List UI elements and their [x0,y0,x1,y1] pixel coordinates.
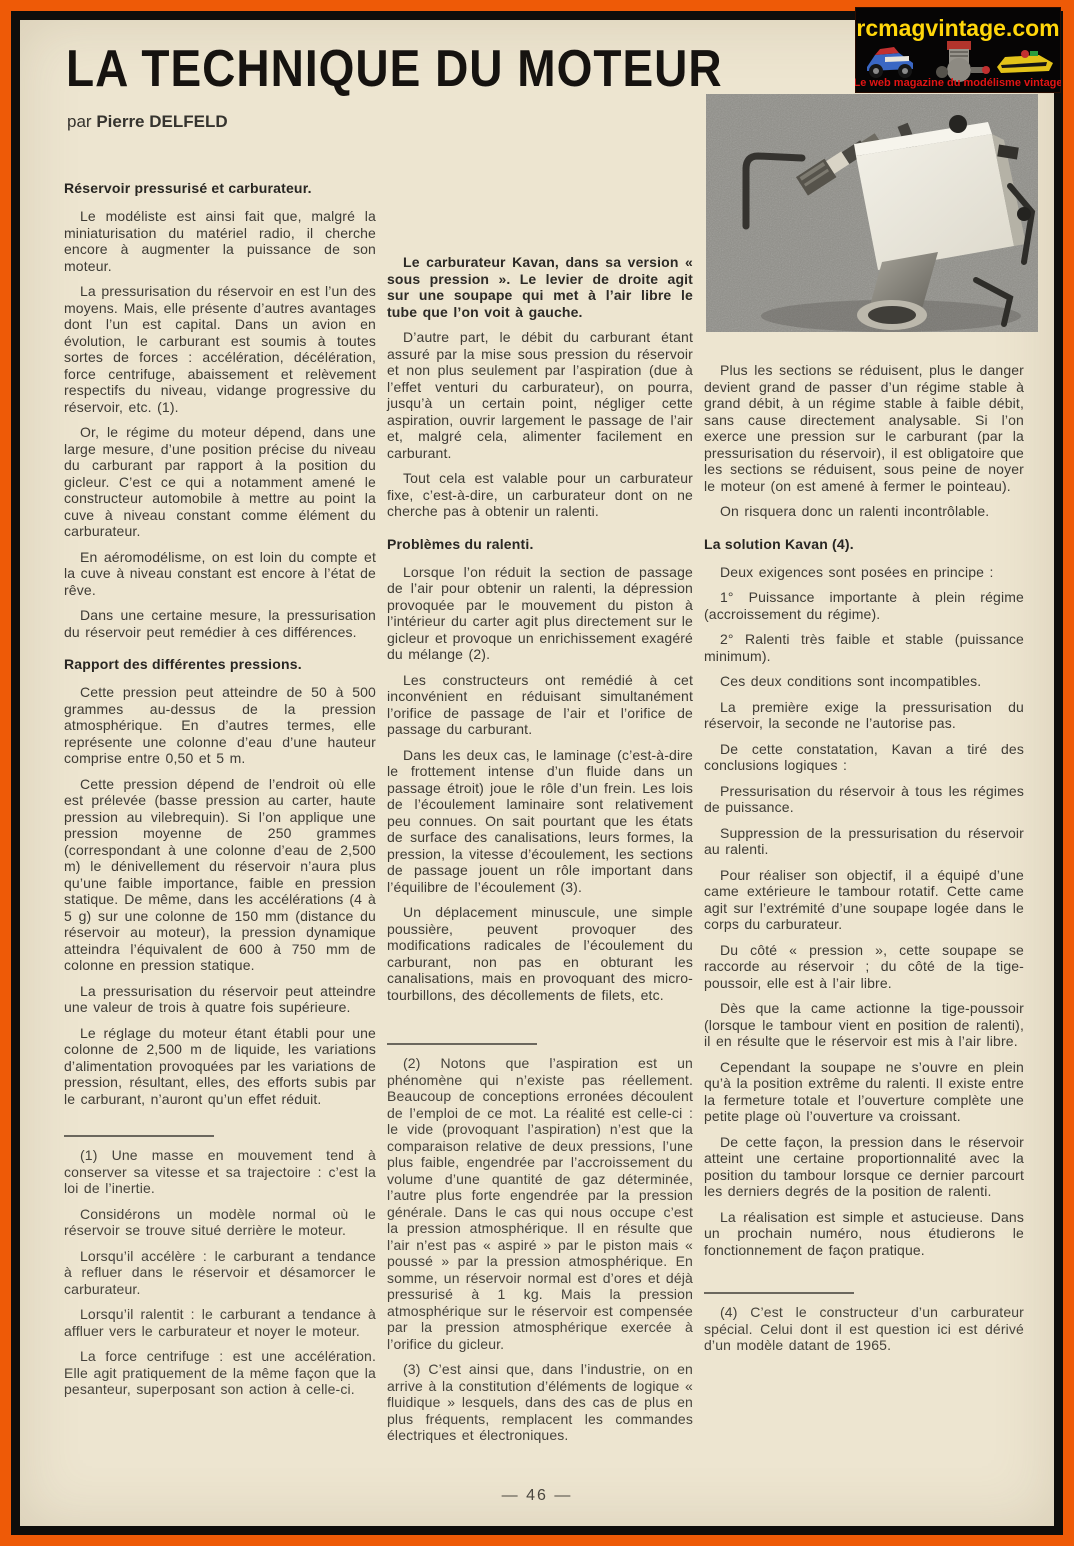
byline-prefix: par [67,112,92,131]
footnote-rule [387,1043,537,1045]
paragraph: Dès que la came actionne la tige-poussoi… [704,1000,1024,1050]
footnote: (2) Notons que l’aspiration est un phéno… [387,1055,693,1352]
paragraph: La première exige la pressurisation du r… [704,699,1024,732]
article-title: LA TECHNIQUE DU MOTEUR [66,38,723,98]
paragraph: Deux exigences sont posées en principe : [704,564,1024,581]
magazine-page: LA TECHNIQUE DU MOTEUR par Pierre DELFEL… [0,0,1074,1546]
paragraph: Lorsque l’on réduit la section de passag… [387,564,693,663]
top-screw [949,115,967,133]
section-heading-kavan: La solution Kavan (4). [704,536,1024,553]
site-logo: rcmagvintage.com [855,7,1061,93]
paragraph: La pressurisation du réservoir en est l’… [64,283,376,415]
byline: par Pierre DELFELD [67,112,228,132]
venturi-bore [868,306,916,324]
carburetor-photo-art [706,94,1038,332]
paragraph: Cette pression dépend de l’endroit où el… [64,776,376,974]
paragraph: Ces deux conditions sont incompatibles. [704,673,1024,690]
paragraph: Un déplacement minuscule, une simple pou… [387,904,693,1003]
section-heading-pressions: Rapport des différentes pressions. [64,656,376,673]
carburetor-photo [706,94,1038,332]
paragraph: 1° Puissance importante à plein régime (… [704,589,1024,622]
paragraph: En aéromodélisme, on est loin du compte … [64,549,376,599]
footnote: Lorsqu’il ralentit : le carburant a tend… [64,1306,376,1339]
section-heading-reservoir: Réservoir pressurisé et carburateur. [64,180,376,197]
paragraph: Or, le régime du moteur dépend, dans une… [64,424,376,540]
lever-screw [1017,207,1031,221]
section-heading-ralenti: Problèmes du ralenti. [387,536,693,553]
paragraph: Pressurisation du réservoir à tous les r… [704,783,1024,816]
footnote: Lorsqu’il accélère : le carburant a tend… [64,1248,376,1298]
paragraph: La réalisation est simple et astucieuse.… [704,1209,1024,1259]
paragraph: Cette pression peut atteindre de 50 à 50… [64,684,376,767]
paragraph: 2° Ralenti très faible et stable (puissa… [704,631,1024,664]
footnote-rule [64,1135,214,1137]
paragraph: La pressurisation du réservoir peut atte… [64,983,376,1016]
photo-caption: Le carburateur Kavan, dans sa version « … [387,254,693,320]
footnote: (1) Une masse en mouvement tend à conser… [64,1147,376,1197]
site-logo-art: rcmagvintage.com [855,7,1061,93]
logo-tagline: Le web magazine du modélisme vintage [855,77,1061,89]
paragraph: Plus les sections se réduisent, plus le … [704,362,1024,494]
footnote: Considérons un modèle normal où le réser… [64,1206,376,1239]
paragraph: Dans une certaine mesure, la pressurisat… [64,607,376,640]
footnote: (4) C’est le constructeur d’un carburate… [704,1304,1024,1354]
paragraph: Du côté « pression », cette soupape se r… [704,942,1024,992]
paragraph: Suppression de la pressurisation du rése… [704,825,1024,858]
paragraph: Cependant la soupape ne s’ouvre en plein… [704,1059,1024,1125]
paragraph: D’autre part, le débit du carburant étan… [387,329,693,461]
author-name: Pierre DELFELD [96,112,227,131]
footnote: (3) C’est ainsi que, dans l’industrie, o… [387,1361,693,1444]
paragraph: Le modéliste est ainsi fait que, malgré … [64,208,376,274]
paragraph: Pour réaliser son objectif, il a équipé … [704,867,1024,933]
paragraph: Dans les deux cas, le laminage (c’est-à-… [387,747,693,896]
page-number: — 46 — [20,1487,1054,1505]
paragraph: Les constructeurs ont remédié à cet inco… [387,672,693,738]
column-middle: Le carburateur Kavan, dans sa version « … [387,254,693,1453]
body-front-face [856,134,1014,270]
footnote: La force centrifuge : est une accélérati… [64,1348,376,1398]
column-left: Réservoir pressurisé et carburateur. Le … [64,180,376,1407]
column-right: Plus les sections se réduisent, plus le … [704,362,1024,1363]
logo-url: rcmagvintage.com [856,15,1059,41]
paragraph: On risquera donc un ralenti incontrôlabl… [704,503,1024,520]
paragraph: Tout cela est valable pour un carburateu… [387,470,693,520]
paragraph: De cette façon, la pression dans le rése… [704,1134,1024,1200]
paragraph: De cette constatation, Kavan a tiré des … [704,741,1024,774]
paper: LA TECHNIQUE DU MOTEUR par Pierre DELFEL… [20,20,1054,1526]
footnote-rule [704,1292,854,1294]
paragraph: Le réglage du moteur étant établi pour u… [64,1025,376,1108]
